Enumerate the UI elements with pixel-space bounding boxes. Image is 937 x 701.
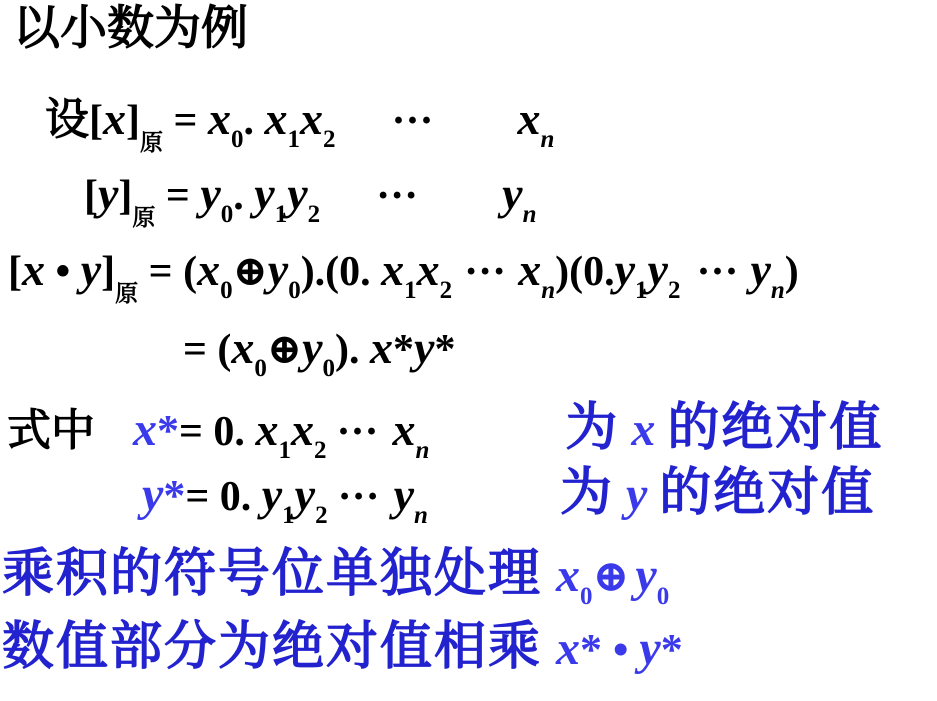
text-segment: = 0. — [185, 474, 261, 520]
text-segment: x — [103, 93, 126, 144]
ellipsis: ··· — [391, 98, 433, 144]
text-segment: n — [540, 126, 554, 153]
text-segment: 1 — [278, 437, 291, 464]
star: * — [157, 406, 179, 455]
text-segment: y — [295, 469, 315, 520]
text-segment: 数值部分为绝对值相乘 — [2, 619, 542, 676]
formula-y-original-code: [y]原 = y0. y1y2···yn — [84, 168, 536, 231]
multiply-dot: • — [602, 625, 639, 674]
text-segment: n — [415, 437, 429, 464]
text-segment: 以小数为例 — [13, 3, 248, 55]
text-segment: 原 — [140, 130, 163, 155]
text-segment: y — [98, 168, 118, 219]
text-segment: y — [262, 469, 282, 520]
text-segment: ).(0. — [301, 249, 381, 295]
text-segment: 的绝对值 — [659, 465, 875, 522]
text-segment: x — [231, 322, 254, 373]
text-segment: y — [614, 468, 659, 521]
text-segment: ] — [101, 249, 115, 295]
text-segment: ). — [335, 327, 370, 373]
text-segment: y — [639, 622, 660, 675]
text-segment: y — [254, 168, 274, 219]
star: * — [580, 625, 602, 674]
text-segment: n — [523, 201, 537, 228]
star: * — [163, 471, 185, 520]
formula-product-original-code-compact: = (x0⊕y0). x*y* — [183, 322, 455, 384]
star: * — [393, 327, 414, 373]
text-segment: 乘积的符号位单独处理 — [2, 546, 542, 603]
text-segment: x — [255, 404, 278, 455]
text-segment: = — [163, 98, 208, 144]
text-segment: 的绝对值 — [667, 400, 883, 457]
text-segment: ] — [126, 98, 140, 144]
text-segment: 0 — [221, 201, 234, 228]
star: * — [434, 327, 455, 373]
text-segment: x — [517, 93, 540, 144]
text-segment: [ — [89, 98, 103, 144]
text-segment: x — [22, 244, 45, 295]
definition-y-star: y*= 0. y1y2···yn为 y 的绝对值 — [142, 464, 875, 531]
definition-x-star: 式中x*= 0. x1x2···xn为 x 的绝对值 — [7, 399, 883, 466]
text-segment: y — [302, 322, 322, 373]
text-segment: 0 — [288, 277, 301, 304]
text-segment: n — [541, 277, 555, 304]
text-segment: x — [370, 322, 393, 373]
xor-operator: ⊕ — [233, 249, 268, 295]
formula-product-original-code-expanded: [x • y]原 = (x0⊕y0).(0. x1x2···xn)(0.y1y2… — [8, 244, 799, 307]
ellipsis: ··· — [464, 249, 506, 295]
text-segment: 式中 — [7, 406, 95, 455]
text-segment: y — [635, 549, 656, 602]
text-segment: x — [264, 93, 287, 144]
slide: 以小数为例 设[x]原 = x0. x1x2···xn [y]原 = y0. y… — [0, 0, 937, 701]
text-segment: y — [750, 244, 770, 295]
text-segment: n — [771, 277, 785, 304]
text-segment: 1 — [282, 502, 295, 529]
text-segment: = ( — [183, 327, 231, 373]
text-segment: [ — [84, 173, 98, 219]
note-magnitude: 数值部分为绝对值相乘x* • y* — [2, 618, 683, 678]
text-segment: 1 — [287, 126, 300, 153]
text-segment: 2 — [314, 437, 327, 464]
text-segment: 2 — [323, 126, 336, 153]
text-segment: x — [556, 622, 580, 675]
text-segment: 0 — [220, 277, 233, 304]
note-sign-bit: 乘积的符号位单独处理x0⊕y0 — [2, 545, 669, 612]
ellipsis: ··· — [336, 409, 378, 455]
text-segment: x — [556, 549, 580, 602]
formula-x-original-code: 设[x]原 = x0. x1x2···xn — [45, 93, 554, 156]
text-segment: = — [155, 173, 200, 219]
text-segment: y — [394, 469, 414, 520]
ellipsis: ··· — [696, 249, 738, 295]
text-segment: 0 — [580, 583, 593, 610]
text-segment: n — [414, 502, 428, 529]
text-segment: )(0. — [555, 249, 614, 295]
text-segment: . — [233, 173, 254, 219]
star: * — [661, 625, 683, 674]
text-segment: 原 — [132, 205, 155, 230]
text-segment: [ — [8, 249, 22, 295]
text-segment: 为 — [565, 400, 619, 457]
text-segment: 1 — [275, 201, 288, 228]
text-segment: x — [518, 244, 541, 295]
text-segment: = ( — [138, 249, 197, 295]
text-segment: 2 — [315, 502, 328, 529]
text-segment: 为 — [560, 465, 614, 522]
text-segment: 1 — [635, 277, 648, 304]
ellipsis: ··· — [338, 474, 380, 520]
text-segment: ] — [118, 173, 132, 219]
text-segment: y — [414, 322, 434, 373]
text-segment: . — [243, 98, 264, 144]
text-segment: x — [417, 244, 440, 295]
text-segment: y — [502, 168, 522, 219]
text-segment: 0 — [231, 126, 244, 153]
text-segment: x — [197, 244, 220, 295]
text-segment: 0 — [254, 355, 267, 382]
page-title: 以小数为例 — [13, 2, 248, 56]
text-segment: 原 — [115, 281, 138, 306]
ellipsis: ··· — [376, 173, 418, 219]
xor-operator: ⊕ — [267, 327, 302, 373]
text-segment: 2 — [308, 201, 321, 228]
text-segment: x — [392, 404, 415, 455]
text-segment: y — [268, 244, 288, 295]
text-segment: x — [619, 403, 667, 456]
text-segment: x — [300, 93, 323, 144]
text-segment: y — [200, 168, 220, 219]
text-segment: 0 — [323, 355, 336, 382]
text-segment: y — [287, 168, 307, 219]
text-segment: y — [81, 244, 101, 295]
text-segment: 2 — [440, 277, 453, 304]
text-segment: x — [291, 404, 314, 455]
text-segment: ) — [785, 249, 799, 295]
multiply-dot: • — [45, 249, 81, 295]
text-segment: x — [208, 93, 231, 144]
text-segment: x — [381, 244, 404, 295]
text-segment: 2 — [668, 277, 681, 304]
text-segment: 设 — [45, 95, 89, 144]
xor-operator: ⊕ — [593, 552, 630, 601]
text-segment: 1 — [404, 277, 417, 304]
text-segment: 0 — [657, 583, 670, 610]
text-segment: = 0. — [179, 409, 255, 455]
text-segment: y — [615, 244, 635, 295]
text-segment: x — [133, 403, 157, 456]
text-segment: y — [142, 468, 163, 521]
text-segment: y — [648, 244, 668, 295]
